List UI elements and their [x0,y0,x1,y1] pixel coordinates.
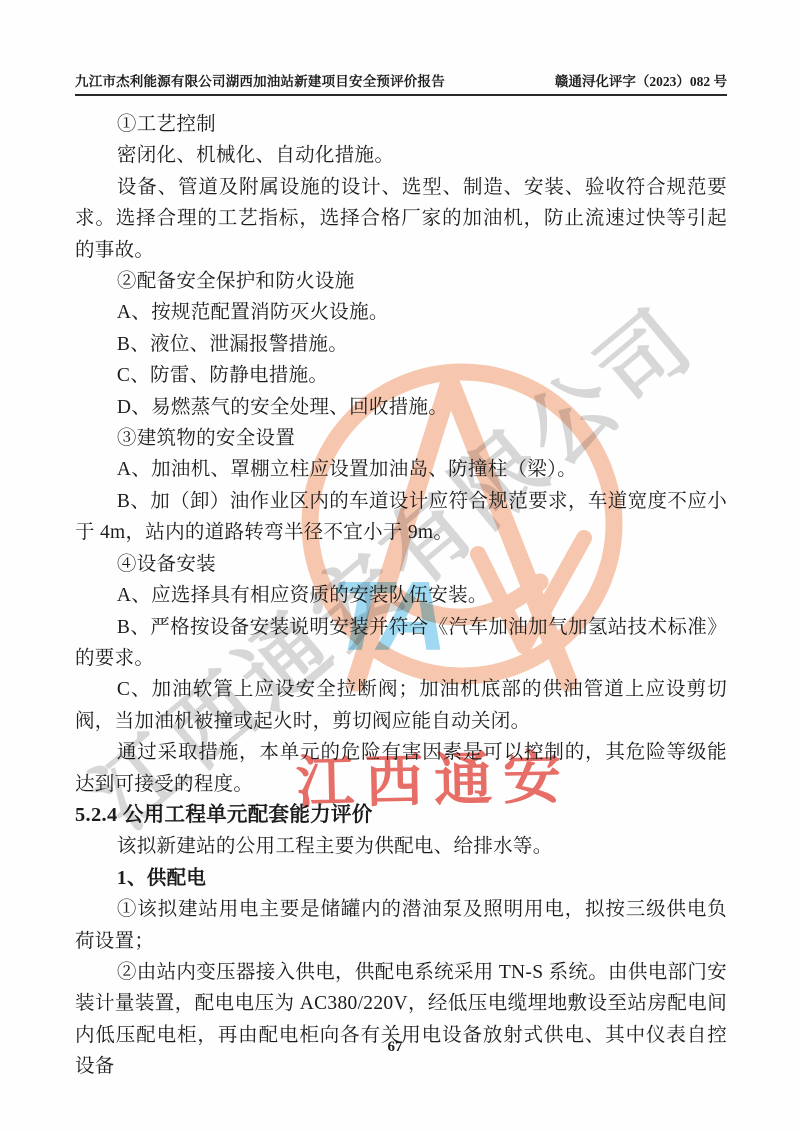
paragraph: B、液位、泄漏报警措施。 [75,329,727,360]
paragraph: ②配备安全保护和防火设施 [75,266,727,297]
section-heading: 5.2.4 公用工程单元配套能力评价 [75,800,727,831]
paragraph: D、易燃蒸气的安全处理、回收措施。 [75,392,727,423]
paragraph: 该拟新建站的公用工程主要为供配电、给排水等。 [75,831,727,862]
paragraph: A、加油机、罩棚立柱应设置加油岛、防撞柱（梁）。 [75,454,727,485]
paragraph: B、加（卸）油作业区内的车道设计应符合规范要求，车道宽度不应小于 4m，站内的道… [75,486,727,549]
paragraph: ①该拟建站用电主要是储罐内的潜油泵及照明用电，拟按三级供电负荷设置； [75,894,727,957]
paragraph: ③建筑物的安全设置 [75,423,727,454]
paragraph: ②由站内变压器接入供电，供配电系统采用 TN-S 系统。由供电部门安装计量装置，… [75,957,727,1083]
document-body: ①工艺控制密闭化、机械化、自动化措施。设备、管道及附属设施的设计、选型、制造、安… [75,109,727,1083]
paragraph: 设备、管道及附属设施的设计、选型、制造、安装、验收符合规范要求。选择合理的工艺指… [75,172,727,266]
paragraph: ①工艺控制 [75,109,727,140]
paragraph: C、加油软管上应设安全拉断阀；加油机底部的供油管道上应设剪切阀，当加油机被撞或起… [75,674,727,737]
document-page: 江西通安有限公司 TA 江西通安 九江市杰利能源有限公司湖西加油站新建项目安全预… [0,0,800,1131]
sub-heading: 1、供配电 [75,863,727,894]
paragraph: ④设备安装 [75,549,727,580]
paragraph: A、应选择具有相应资质的安装队伍安装。 [75,580,727,611]
page-number: 67 [0,1039,790,1056]
paragraph: 通过采取措施，本单元的危险有害因素是可以控制的，其危险等级能达到可接受的程度。 [75,737,727,800]
paragraph: 密闭化、机械化、自动化措施。 [75,140,727,171]
paragraph: B、严格按设备安装说明安装并符合《汽车加油加气加氢站技术标准》的要求。 [75,612,727,675]
paragraph: A、按规范配置消防灭火设施。 [75,297,727,328]
document-number: 赣通浔化评字（2023）082 号 [555,70,727,90]
report-title: 九江市杰利能源有限公司湖西加油站新建项目安全预评价报告 [75,70,445,90]
report-header: 九江市杰利能源有限公司湖西加油站新建项目安全预评价报告 赣通浔化评字（2023）… [75,70,727,96]
paragraph: C、防雷、防静电措施。 [75,360,727,391]
